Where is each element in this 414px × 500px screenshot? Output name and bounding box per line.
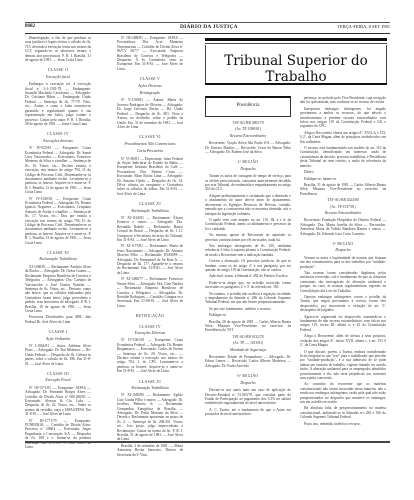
- paragraph: Nº IV-1030/81 — Exequente: Caixa Econômi…: [25, 197, 91, 245]
- section-heading: CLASSE IV: [117, 325, 183, 329]
- section-subheading: Execução fiscal: [25, 75, 91, 79]
- paragraph: Há absoluta falta de prequestionamento n…: [300, 406, 386, 419]
- section-heading: CLASSE III: [25, 372, 91, 376]
- section-subheading: Reclamação Trabalhista: [25, 257, 91, 261]
- column-4: pertença, ao período pelo Vice-President…: [300, 96, 386, 428]
- paragraph: Nº III-1571/81 — Exequente: IAPAS — Advo…: [25, 386, 91, 417]
- section-heading: 6ª REGIÃO: [205, 374, 291, 378]
- paragraph: Interpostos embargos infringentes, foi n…: [300, 107, 386, 129]
- paragraph: Nº XI-1486/77 — Reclamante: Francisco Ne…: [117, 277, 183, 308]
- section-subheading: Despacho: [205, 381, 291, 385]
- process-number: TST-AG-RR 4524/80: [300, 198, 386, 202]
- column-1: Homologação, a fim de que produza os seu…: [25, 36, 91, 452]
- section-subheading: Execução Fiscal: [25, 378, 91, 382]
- paragraph: Posto isto, remetida, indefiro o recurso…: [300, 422, 386, 426]
- process-number: TST-AG-RR 6132/78: [205, 335, 291, 339]
- section-heading: 2ª REGIÃO: [205, 160, 291, 164]
- paragraph: Alegam preliminarmente o reclamado que a…: [205, 194, 291, 216]
- section-subheading: Mandado de Segurança: [205, 348, 291, 352]
- page-number: 8602: [25, 24, 35, 29]
- section-subheading: Ações Diversas: [117, 84, 183, 88]
- column-2: Nº III-1489/81 — Exequente: IAPAS — Proc…: [117, 36, 183, 459]
- paragraph: Discute-se nos autos mais um caso de apl…: [205, 388, 291, 406]
- paragraph: Nº IV-1061/81 — Exequente: Caixa Econômi…: [117, 338, 183, 373]
- section-heading: CLASSE V: [117, 77, 183, 81]
- paragraph: O que discute, porém, a Turma, embora co…: [300, 350, 386, 381]
- paragraph: Nos embargos infringentes de fls. 100, n…: [205, 244, 291, 257]
- section-subheading: Execuções diversas: [25, 139, 91, 143]
- paragraph: Alega a Recorrente, além de ofensa a seu…: [300, 334, 386, 347]
- section-heading: CLASSE IV: [25, 132, 91, 136]
- paragraph: Recorrente: Estado de Pernambuco — Advog…: [205, 355, 291, 368]
- banner-rule: [205, 43, 387, 44]
- paragraph: O apelo vem com amparo no art. 119, III,…: [205, 218, 291, 231]
- presidencia-label: Presidência: [206, 104, 290, 108]
- process-number: (Ac. TP. 1080/81): [205, 127, 291, 131]
- section-subheading: Despacho: [300, 248, 386, 252]
- publication-title: DIÁRIO DA JUSTIÇA: [180, 24, 238, 30]
- paragraph: Nº VI-80/81 — Deprecante: Juízo Federal …: [117, 157, 183, 197]
- section-subheading: Reclamação Trabalhista: [117, 386, 183, 390]
- paragraph: Processos Distribuídos para MM. Juiz Fed…: [25, 315, 91, 324]
- section-subheading: Recurso Extraordinário: [205, 134, 291, 138]
- paragraph: Recorrente: Fundação Hospitalar do Distr…: [300, 218, 386, 236]
- paragraph: Nº I-1064/81 — Autor: Adelmar Alves Pint…: [25, 344, 91, 366]
- process-number: (Ac. TP. — 1013/81): [205, 341, 291, 345]
- paragraph: Agrava-se regimental foi desprovido, man…: [300, 315, 386, 333]
- paragraph: Só por este fundamento, indefiro o recur…: [205, 307, 291, 311]
- publication-date: TERÇA-FEIRA, 8 SET 1981: [337, 24, 390, 29]
- footer-rule: [25, 441, 390, 443]
- paragraph: Brasília, 28 de agosto de 1981 — Carlos …: [205, 320, 291, 333]
- section-heading: RETIFICAÇÃO: [117, 314, 183, 318]
- section-heading: CLASSE XI: [25, 251, 91, 255]
- paragraph: Recorrente: Viação Aérea São Paulo S/A —…: [205, 141, 291, 154]
- paragraph: Nº III-1489/81 — Exequente: IAPAS — Proc…: [117, 36, 183, 71]
- paragraph: Tratam os autos de contagem de tempo de …: [205, 174, 291, 192]
- section-heading: CLASSE VI: [117, 135, 183, 139]
- paragraph: Aplicável, assim, à Súmula nº 282 do Pre…: [205, 274, 291, 278]
- paragraph: Poder-se-ia alegar que, no acórdão recor…: [205, 281, 291, 290]
- paragraph: Homologação, a fim de que produza os seu…: [25, 36, 91, 62]
- paragraph: No entanto, o acórdão não acolheu a argu…: [205, 292, 291, 305]
- column-3: Presidência TST-AG-RR 3803/79(Ac. TP. 10…: [205, 96, 291, 419]
- paragraph: O recurso está fundamentado nos moldes d…: [300, 146, 386, 168]
- section-subheading: Recurso Extraordinário: [300, 211, 386, 215]
- presidencia-box: Presidência: [205, 96, 291, 117]
- paragraph: Nº V-1100/81 — Autora: Maria do Socorro …: [117, 98, 183, 129]
- section-heading: 3ª REGIÃO: [300, 242, 386, 246]
- process-number: (Ac. TP-1557/81): [300, 205, 386, 209]
- paragraph: Brasília, 2 de setembro de 1981. — Maria…: [117, 444, 183, 457]
- paragraph: Nº IV-925/81 — Exequente: Caixa Econômic…: [25, 146, 91, 194]
- paragraph: Nº XI-1164/81 — Reclamante: Álvaro Fonse…: [117, 216, 183, 242]
- paragraph: Alega o Recorrente ofensa aos artigos 8º…: [300, 131, 386, 144]
- paragraph: Tais normas foram consideradas ilegítima…: [300, 271, 386, 293]
- paragraph: pertença, ao período pelo Vice-President…: [300, 96, 386, 105]
- paragraph: Nº XI-1175/81 — Reclamante: Maria de Jes…: [117, 244, 183, 275]
- paragraph: No entanto, apesar de Recorrente ter apo…: [205, 233, 291, 242]
- section-subheading: Execuções Diversas: [117, 331, 183, 335]
- section-subheading: Procedimentos Não Contenciosos: [117, 142, 183, 146]
- section-heading: CLASSE I: [25, 330, 91, 334]
- paragraph: A. C. Turma, até o fundamento de que o A…: [205, 408, 291, 417]
- section-subheading: Reclamação Trabalhista: [117, 209, 183, 213]
- section-heading: CLASSE XI: [117, 380, 183, 384]
- section-subheading: Despacho: [205, 167, 291, 171]
- column-3-body: TST-AG-RR 3803/79(Ac. TP. 1080/81)Recurs…: [205, 121, 291, 417]
- section-subheading: Reintegração: [117, 91, 183, 95]
- paragraph: Correta a afirmação. Os preceitos jurídi…: [205, 259, 291, 272]
- paragraph: XI-1480/81 — Reclamante: Antônio Alves d…: [25, 265, 91, 313]
- paragraph: Publique-se.: [205, 313, 291, 317]
- paragraph: Nº XI-1085/80 — Reclamante: Agildo Luiz …: [117, 393, 183, 441]
- paragraph: Nº III-1771/79 — Exequente: FUNRURAL — C…: [25, 419, 91, 450]
- section-subheading: Ação Ordinária: [25, 337, 91, 341]
- paragraph: Embargos à execução ref. à execução fisc…: [25, 82, 91, 126]
- section-heading: CLASSE II: [25, 68, 91, 72]
- section-title: Tribunal Superior do Trabalho: [205, 53, 387, 85]
- section-subheading: Carta Precatória: [117, 149, 183, 153]
- process-number: TST-AG-RR 3803/79: [205, 121, 291, 125]
- paragraph: Versam os autos a legitimidade de normas…: [300, 256, 386, 269]
- paragraph: Brasília, 31 de agosto de 1981 — Carlos …: [300, 183, 386, 196]
- masthead: 8602 DIÁRIO DA JUSTIÇA TERÇA-FEIRA, 8 SE…: [25, 22, 390, 34]
- paragraph: Ao contrário da recorrente que as matéri…: [300, 382, 386, 404]
- section-heading: CLASSE XI: [117, 202, 183, 206]
- paragraph: Publique-se, intime-se.: [300, 177, 386, 181]
- paragraph: Defiro.: [300, 170, 386, 174]
- section-banner: Tribunal Superior do Trabalho: [205, 38, 387, 85]
- paragraph: Opostos embargos infringentes contra o a…: [300, 295, 386, 313]
- newspaper-page: 8602 DIÁRIO DA JUSTIÇA TERÇA-FEIRA, 8 SE…: [25, 22, 390, 442]
